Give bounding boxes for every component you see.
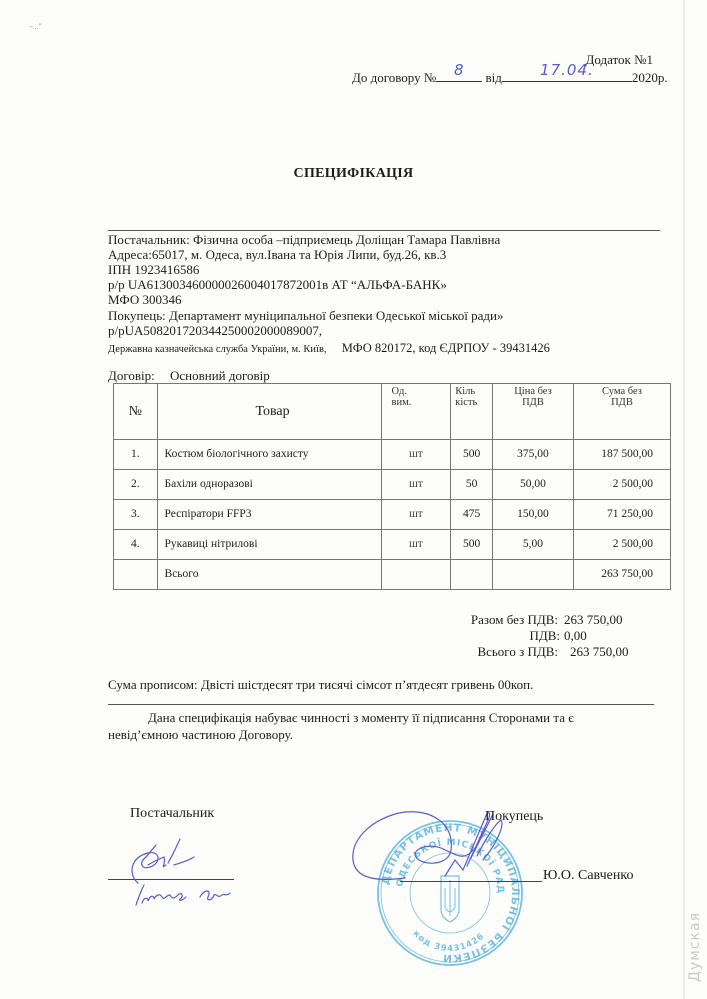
contract-type: Договір: Основний договір	[108, 368, 270, 384]
cell-price: 50,00	[493, 470, 574, 500]
total-gross: Всього з ПДВ:263 750,00	[477, 644, 654, 660]
total-cell-sum: 263 750,00	[573, 560, 670, 590]
table-row: 2.Бахіли одноразовішт5050,002 500,00	[114, 470, 671, 500]
header-price-line1: Ціна без	[514, 386, 552, 397]
buyer-signature-line	[400, 881, 542, 882]
cell-num: 3.	[114, 500, 158, 530]
contract-number-handwritten: 8	[436, 61, 482, 79]
cell-name: Рукавиці нітрилові	[157, 530, 381, 560]
cell-num: 4.	[114, 530, 158, 560]
cell-qty: 500	[451, 440, 493, 470]
total-cell-qty	[451, 560, 493, 590]
cell-unit: шт	[381, 470, 451, 500]
supplier-address: Адреса:65017, м. Одеса, вул.Івана та Юрі…	[108, 247, 446, 263]
scan-edge	[683, 0, 685, 999]
total-vat-label: ПДВ:	[529, 628, 560, 644]
validity-clause-line2: невід’ємною частиною Договору.	[108, 727, 293, 743]
table-header-row: № Товар Од.вим. Кількість Ціна безПДВ Су…	[114, 384, 671, 440]
cell-unit: шт	[381, 440, 451, 470]
header-qty-line2: кість	[455, 397, 477, 408]
table-row: 1.Костюм біологічного захистушт500375,00…	[114, 440, 671, 470]
supplier-bank-account: р/р UA613003460000026004017872001в АТ “А…	[108, 277, 447, 293]
total-net-value: 263 750,00	[558, 612, 654, 628]
total-vat-value: 0,00	[560, 628, 654, 644]
header-price: Ціна безПДВ	[493, 384, 574, 440]
contract-type-value: Основний договір	[170, 368, 270, 383]
cell-qty: 50	[451, 470, 493, 500]
header-qty: Кількість	[451, 384, 493, 440]
cell-sum: 2 500,00	[573, 470, 670, 500]
year-suffix: 2020р.	[632, 70, 668, 85]
total-net: Разом без ПДВ:263 750,00	[471, 612, 654, 628]
table-row: 4.Рукавиці нітриловішт5005,002 500,00	[114, 530, 671, 560]
cell-unit: шт	[381, 500, 451, 530]
header-unit: Од.вим.	[381, 384, 451, 440]
watermark: Думская	[687, 912, 703, 982]
buyer-codes: МФО 820172, код ЄДРПОУ - 39431426	[342, 341, 550, 355]
buyer-signature-label: Покупець	[485, 809, 543, 825]
supplier-tax-id: ІПН 1923416586	[108, 262, 199, 278]
sum-in-words: Сума прописом: Двісті шістдесят три тися…	[108, 677, 533, 693]
cell-unit: шт	[381, 530, 451, 560]
supplier-signature-icon	[108, 835, 298, 910]
cell-price: 150,00	[493, 500, 574, 530]
cell-num: 2.	[114, 470, 158, 500]
total-cell-name: Всього	[157, 560, 381, 590]
supplier-name: Постачальник: Фізична особа –підприємець…	[108, 232, 500, 248]
buyer-name: Покупець: Департамент муніципальної безп…	[108, 308, 503, 324]
header-qty-line1: Кіль	[455, 386, 475, 397]
total-gross-label: Всього з ПДВ:	[477, 644, 558, 660]
total-cell-num	[114, 560, 158, 590]
specification-table: № Товар Од.вим. Кількість Ціна безПДВ Су…	[113, 383, 671, 590]
total-vat: ПДВ:0,00	[529, 628, 654, 644]
cell-qty: 500	[451, 530, 493, 560]
cell-num: 1.	[114, 440, 158, 470]
supplier-mfo: МФО 300346	[108, 292, 181, 308]
table-row: 3.Респіратори FFP3шт475150,0071 250,00	[114, 500, 671, 530]
header-name: Товар	[157, 384, 381, 440]
supplier-signature-label: Постачальник	[130, 806, 214, 822]
header-sum-line2: ПДВ	[611, 397, 633, 408]
contract-number-field: 8	[436, 67, 482, 82]
table-total-row: Всього263 750,00	[114, 560, 671, 590]
header-sum-line1: Сума без	[602, 386, 642, 397]
cell-sum: 187 500,00	[573, 440, 670, 470]
document-title: СПЕЦИФІКАЦІЯ	[0, 166, 707, 182]
cell-sum: 2 500,00	[573, 530, 670, 560]
total-net-label: Разом без ПДВ:	[471, 612, 558, 628]
contract-type-label: Договір:	[108, 368, 155, 383]
contract-date-handwritten: 17.04.	[502, 61, 632, 79]
header-unit-line1: Од.	[392, 386, 407, 397]
buyer-signatory-name: Ю.О. Савченко	[543, 868, 633, 884]
scan-artifact: - ..''	[30, 22, 42, 31]
cell-sum: 71 250,00	[573, 500, 670, 530]
buyer-treasury: Державна казначейська служба України, м.…	[108, 344, 327, 355]
contract-reference: До договору №8 від17.04.2020р.	[352, 67, 668, 86]
date-prefix: від	[486, 70, 502, 85]
cell-name: Респіратори FFP3	[157, 500, 381, 530]
contract-prefix: До договору №	[352, 70, 436, 85]
cell-price: 5,00	[493, 530, 574, 560]
contract-date-field: 17.04.	[502, 67, 632, 82]
header-price-line2: ПДВ	[522, 397, 544, 408]
total-gross-value: 263 750,00	[558, 644, 654, 660]
header-unit-line2: вим.	[392, 397, 412, 408]
cell-qty: 475	[451, 500, 493, 530]
buyer-bank-account: р/рUA508201720344250002000089007,	[108, 323, 322, 339]
cell-name: Костюм біологічного захисту	[157, 440, 381, 470]
total-cell-unit	[381, 560, 451, 590]
divider	[108, 230, 660, 231]
total-cell-price	[493, 560, 574, 590]
cell-name: Бахіли одноразові	[157, 470, 381, 500]
cell-price: 375,00	[493, 440, 574, 470]
validity-clause-line1: Дана специфікація набуває чинності з мом…	[148, 710, 574, 726]
header-num: №	[114, 384, 158, 440]
header-sum: Сума безПДВ	[573, 384, 670, 440]
buyer-treasury-details: Державна казначейська служба України, м.…	[108, 340, 550, 356]
divider	[108, 704, 654, 705]
